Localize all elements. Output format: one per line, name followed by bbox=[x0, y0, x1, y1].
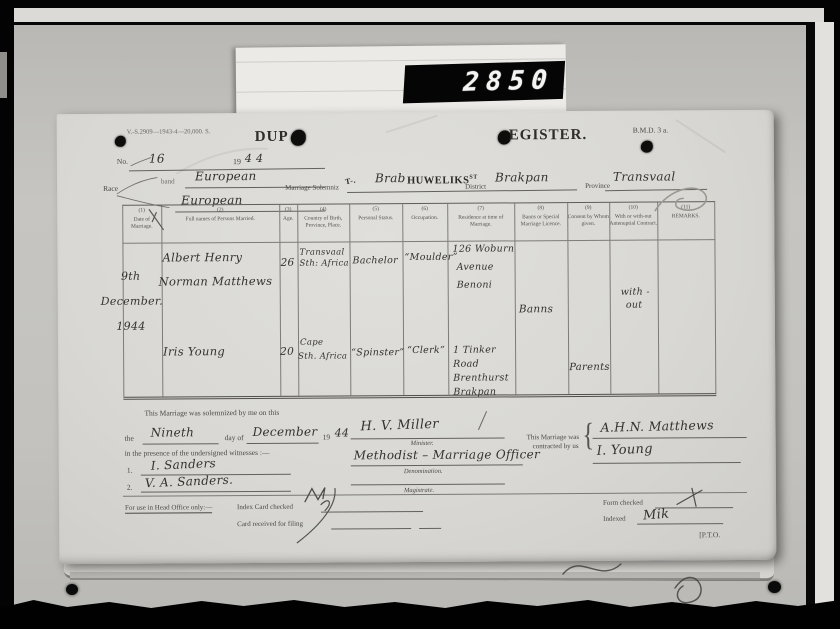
remarks-pen-flourish bbox=[655, 188, 706, 210]
frame-counter-window: 2850 bbox=[403, 61, 565, 104]
film-edge-artifact bbox=[0, 52, 7, 98]
index-card-check-mark bbox=[305, 488, 325, 502]
no-connector-stroke bbox=[131, 158, 151, 166]
microfilm-scan: 2850 V.-S.2909—1943-4—20,000. S. DUP EGI… bbox=[0, 0, 840, 629]
frame-counter-device: 2850 bbox=[236, 44, 567, 120]
minister-area-stroke bbox=[478, 412, 486, 430]
paper-creases bbox=[177, 114, 725, 173]
bottom-hole-right bbox=[768, 581, 781, 593]
form-checked-tick bbox=[677, 488, 702, 506]
board-right-divider bbox=[806, 22, 815, 608]
race-brace-strokes bbox=[117, 178, 169, 208]
header-diagonal-mark bbox=[149, 210, 163, 230]
pen-marks-overlay bbox=[57, 110, 777, 561]
bottom-hole-left bbox=[66, 584, 78, 595]
board-right-strip bbox=[815, 22, 834, 608]
frame-counter-value: 2850 bbox=[462, 65, 554, 98]
marriage-register-page: V.-S.2909—1943-4—20,000. S. DUP EGISTER.… bbox=[57, 110, 777, 564]
